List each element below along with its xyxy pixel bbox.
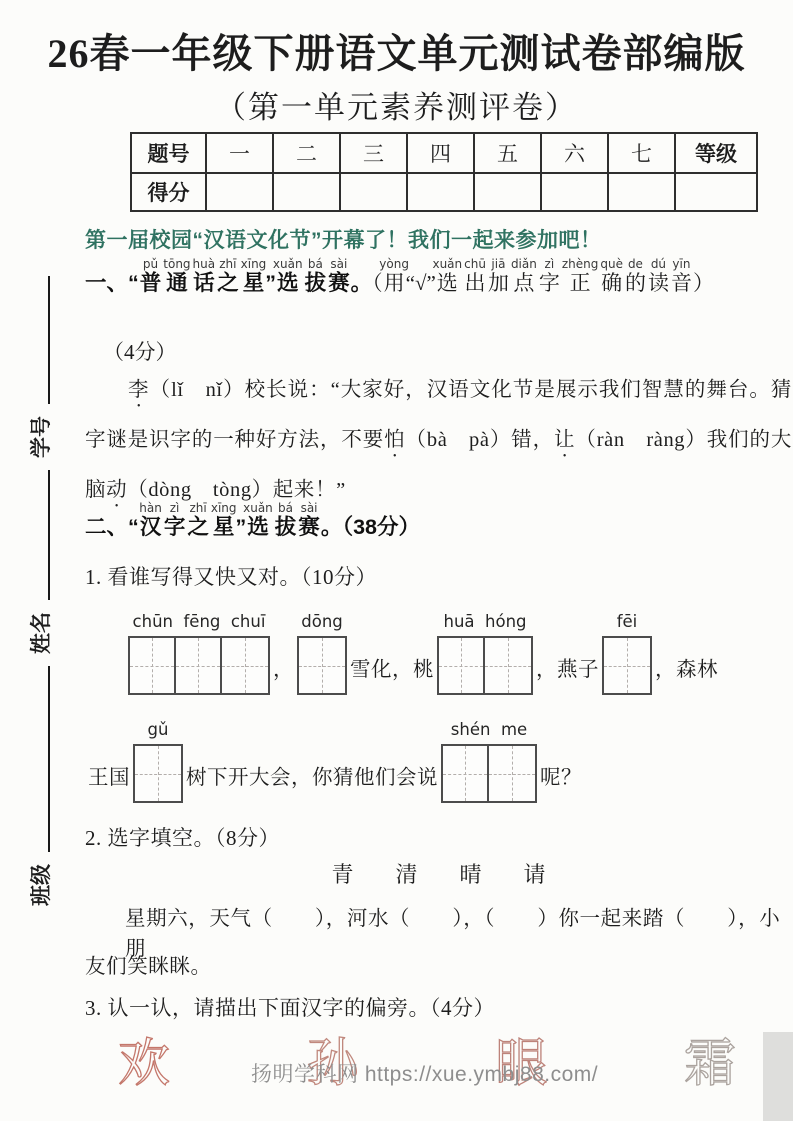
score-table-header-cell: 三: [340, 133, 407, 173]
writing-grid-group: gǔ: [133, 718, 183, 803]
tianzige-grid: [128, 636, 270, 695]
ruby-char: 普pǔ: [140, 271, 162, 295]
tianzige-cell: [176, 638, 222, 693]
ruby-char: 汉hàn: [140, 515, 162, 539]
option-char: 清: [395, 858, 417, 889]
score-table-score-row: 得分: [131, 173, 757, 211]
grid-row-text: 呢？: [540, 760, 582, 790]
ruby-char: 通tōng: [163, 271, 190, 295]
writing-grid-group: huā hóng: [437, 610, 533, 695]
pinyin-label: dōng: [301, 610, 343, 636]
question2-sentence-line1: 星期六，天气（ ），河水（ ），（ ）你一起来踏（ ），小朋: [125, 901, 793, 961]
trace-character: 欢: [118, 1026, 170, 1104]
plain-text: 二、“: [85, 515, 139, 539]
tianzige-cell: [130, 638, 176, 693]
grid-row-text: ，: [273, 652, 294, 682]
writing-grid-group: fēi: [602, 610, 652, 695]
score-table-header-row: 题号一二三四五六七等级: [131, 133, 757, 173]
grid-row-text: ，森林: [655, 652, 718, 682]
score-table-header-cell: 等级: [675, 133, 757, 173]
question1-grid-row-2: 王国gǔ树下开大会，你猜他们会说shén me呢？: [85, 718, 585, 803]
section1-passage: 李（lǐ nǐ）校长说：“大家好，汉语文化节是展示我们智慧的舞台。猜字谜是识字的…: [85, 365, 792, 515]
tianzige-cell: [439, 638, 485, 693]
ruby-char: 字zì: [539, 271, 560, 295]
ruby-char: 用yòng: [384, 271, 405, 295]
score-table-header-cell: 二: [273, 133, 340, 173]
tianzige-cell: [485, 638, 531, 693]
ruby-char: 选xuǎn: [437, 271, 462, 295]
tianzige-cell: [489, 746, 535, 801]
page-subtitle: （第一单元素养测评卷）: [0, 82, 793, 127]
sidebar-blank-line: [48, 276, 50, 404]
section1-score: （4分）: [103, 336, 177, 366]
tianzige-cell: [443, 746, 489, 801]
ruby-char: 拔bá: [305, 271, 327, 295]
pinyin-label: shén me: [451, 718, 527, 744]
score-cell-empty: [206, 173, 273, 211]
grid-row-text: 雪化，桃: [350, 652, 434, 682]
score-cell-empty: [407, 173, 474, 211]
ruby-char: 点diǎn: [511, 271, 537, 295]
tianzige-grid: [437, 636, 533, 695]
ruby-char: 确què: [600, 271, 623, 295]
section2-heading: 二、“汉hàn字zì之zhī星xīng”选xuǎn拔bá赛sài。（38分）: [85, 502, 420, 539]
pinyin-label: huā hóng: [444, 610, 527, 636]
plain-text: ）: [693, 271, 714, 295]
ruby-char: 选xuǎn: [247, 515, 273, 539]
score-cell-empty: [474, 173, 541, 211]
question2-options: 青清晴请: [85, 858, 792, 889]
ruby-char: 星xīng: [241, 271, 265, 295]
score-row-label: 得分: [131, 173, 206, 211]
plain-text: 。: [351, 271, 373, 295]
tianzige-cell: [135, 746, 181, 801]
question3-label: 3. 认一认，请描出下面汉字的偏旁。（4分）: [85, 992, 495, 1022]
dotted-char: 怕: [384, 429, 405, 451]
dotted-char: 李: [128, 379, 150, 401]
sidebar-blank-line: [48, 666, 50, 852]
tianzige-cell: [299, 638, 345, 693]
ruby-char: 之zhī: [217, 271, 239, 295]
tianzige-grid: [133, 744, 183, 803]
sidebar-blank-line: [48, 470, 50, 600]
ruby-char: 加jiā: [488, 271, 509, 295]
tianzige-grid: [297, 636, 347, 695]
dotted-char: 动: [106, 479, 127, 501]
question2-label: 2. 选字填空。（8分）: [85, 822, 280, 852]
ruby-char: 出chū: [464, 271, 486, 295]
sidebar-field-label: 学号: [26, 416, 56, 458]
student-info-sidebar: 班级姓名学号: [12, 168, 56, 910]
pinyin-label: fēi: [617, 610, 638, 636]
score-cell-empty: [541, 173, 608, 211]
ruby-char: 星xīng: [211, 515, 235, 539]
scan-edge-artifact: [763, 1032, 793, 1121]
score-cell-empty: [340, 173, 407, 211]
grid-row-text: ，燕子: [536, 652, 599, 682]
tianzige-grid: [441, 744, 537, 803]
dotted-char: 让: [554, 429, 575, 451]
plain-text: 一、“: [85, 271, 139, 295]
ruby-char: 字zì: [164, 515, 186, 539]
tianzige-cell: [222, 638, 268, 693]
score-cell-empty: [273, 173, 340, 211]
student-info-rotated: 班级姓名学号: [12, 168, 56, 910]
score-table-header-cell: 六: [541, 133, 608, 173]
ruby-char: 音yīn: [671, 271, 692, 295]
question2-sentence-line2: 友们笑眯眯。: [85, 949, 212, 979]
passage-text: （dòng tòng）起来！”: [127, 479, 346, 501]
writing-grid-group: dōng: [297, 610, 347, 695]
grid-row-text: 树下开大会，你猜他们会说: [186, 760, 438, 790]
score-cell-empty: [608, 173, 675, 211]
writing-grid-group: chūn fēng chuī: [128, 610, 270, 695]
trace-character: 霜: [684, 1026, 736, 1104]
section2-heading-main: 二、“汉hàn字zì之zhī星xīng”选xuǎn拔bá赛sài。（38分）: [85, 515, 420, 539]
score-table-header-cell: 五: [474, 133, 541, 173]
option-char: 晴: [460, 858, 482, 889]
ruby-char: 选xuǎn: [277, 271, 303, 295]
ruby-char: 正zhèng: [562, 271, 599, 295]
question1-label: 1. 看谁写得又快又对。（10分）: [85, 561, 377, 591]
sidebar-field-label: 班级: [26, 864, 56, 906]
ruby-char: 话huà: [193, 271, 216, 295]
pinyin-label: gǔ: [148, 718, 169, 744]
plain-text: 。（38分）: [321, 515, 420, 539]
score-table-header-cell: 题号: [131, 133, 206, 173]
writing-grid-group: shén me: [441, 718, 537, 803]
page-title: 26春一年级下册语文单元测试卷部编版: [0, 22, 793, 79]
ruby-char: 拔bá: [275, 515, 297, 539]
ruby-char: 的de: [625, 271, 646, 295]
ruby-char: 赛sài: [298, 515, 320, 539]
score-table-header-cell: 七: [608, 133, 675, 173]
score-table-header-cell: 一: [206, 133, 273, 173]
score-cell-empty: [675, 173, 757, 211]
ruby-char: 赛sài: [328, 271, 350, 295]
option-char: 请: [524, 858, 546, 889]
pinyin-label: chūn fēng chuī: [133, 610, 266, 636]
question1-grid-row-1: chūn fēng chuī，dōng雪化，桃huā hóng，燕子fēi，森林: [128, 610, 721, 695]
ruby-char: 之zhī: [187, 515, 209, 539]
scanned-test-paper: 26春一年级下册语文单元测试卷部编版 （第一单元素养测评卷） 题号一二三四五六七…: [0, 0, 793, 1121]
tianzige-grid: [602, 636, 652, 695]
ruby-char: 读dú: [648, 271, 669, 295]
grid-row-text: 王国: [88, 760, 130, 790]
watermark: 扬明学科网 https://xue.ymbj88.com/: [251, 1058, 598, 1088]
option-char: 青: [331, 858, 353, 889]
score-table-header-cell: 四: [407, 133, 474, 173]
sidebar-field-label: 姓名: [26, 612, 56, 654]
intro-banner: 第一届校园“汉语文化节”开幕了！我们一起来参加吧！: [85, 224, 602, 254]
passage-text: （bà pà）错，: [406, 429, 554, 451]
section1-heading-main: 一、“普pǔ通tōng话huà之zhī星xīng”选xuǎn拔bá赛sài。: [85, 271, 372, 295]
score-table: 题号一二三四五六七等级 得分: [130, 132, 758, 212]
section1-heading-instruction: （用yòng“√”选xuǎn出chū加jiā点diǎn字zì正zhèng确què…: [372, 271, 714, 295]
section1-heading: 一、“普pǔ通tōng话huà之zhī星xīng”选xuǎn拔bá赛sài。（用…: [85, 258, 714, 295]
tianzige-cell: [604, 638, 650, 693]
